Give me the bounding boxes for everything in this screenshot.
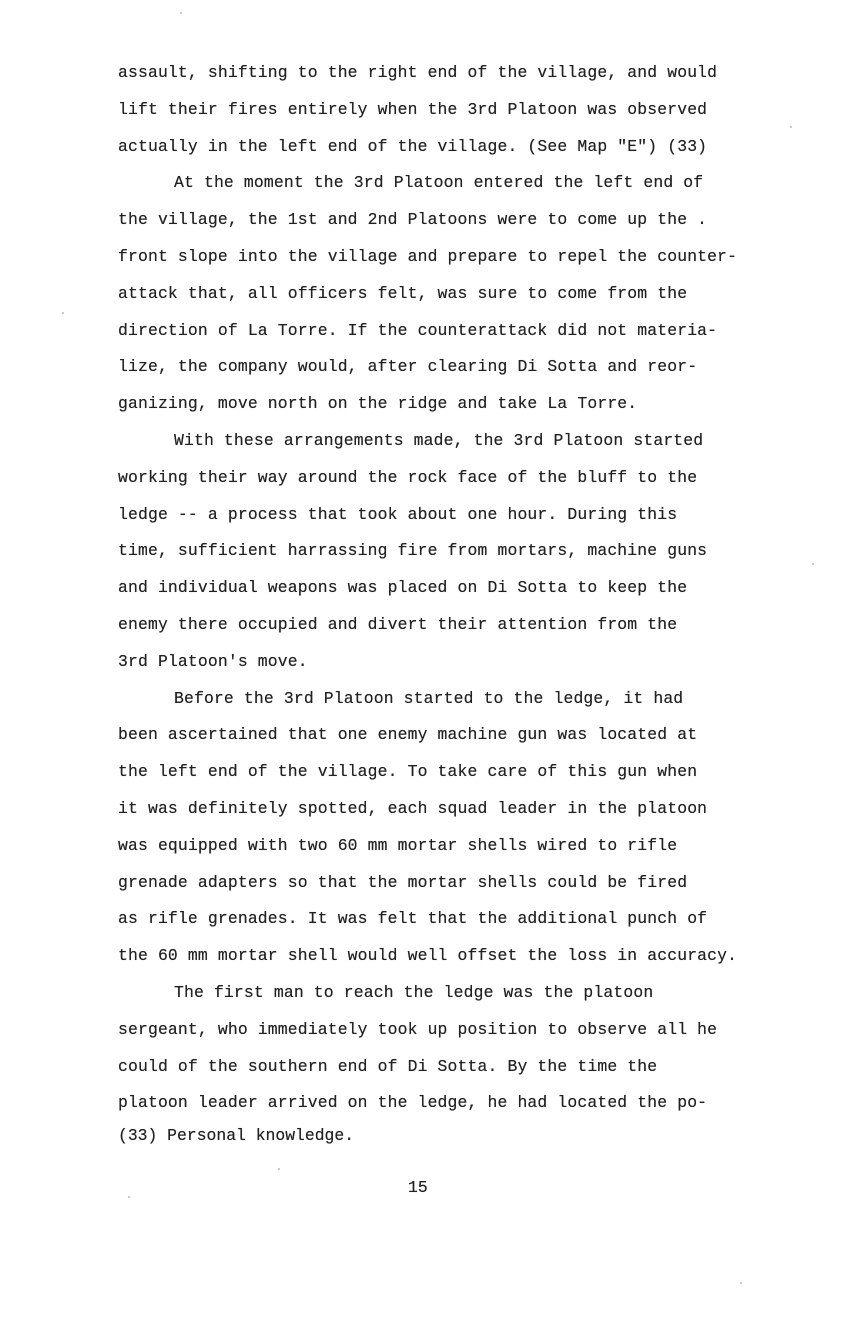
text-line: At the moment the 3rd Platoon entered th…	[118, 170, 838, 207]
text-line: been ascertained that one enemy machine …	[118, 722, 838, 759]
document-page: assault, shifting to the right end of th…	[0, 0, 850, 1329]
text-line: the left end of the village. To take car…	[118, 759, 838, 796]
body-text: assault, shifting to the right end of th…	[118, 60, 838, 1127]
text-line: Before the 3rd Platoon started to the le…	[118, 686, 838, 723]
text-line: ganizing, move north on the ridge and ta…	[118, 391, 838, 428]
page-number: 15	[408, 1175, 428, 1201]
text-line: as rifle grenades. It was felt that the …	[118, 906, 838, 943]
text-line: lize, the company would, after clearing …	[118, 354, 838, 391]
text-line: enemy there occupied and divert their at…	[118, 612, 838, 649]
text-line: sergeant, who immediately took up positi…	[118, 1017, 838, 1054]
text-line: actually in the left end of the village.…	[118, 134, 838, 171]
text-line: and individual weapons was placed on Di …	[118, 575, 838, 612]
text-line: could of the southern end of Di Sotta. B…	[118, 1054, 838, 1091]
text-line: direction of La Torre. If the counteratt…	[118, 318, 838, 355]
text-line: With these arrangements made, the 3rd Pl…	[118, 428, 838, 465]
scan-speck	[278, 1168, 280, 1170]
text-line: attack that, all officers felt, was sure…	[118, 281, 838, 318]
scan-speck	[180, 12, 182, 14]
text-line: 3rd Platoon's move.	[118, 649, 838, 686]
text-line: was equipped with two 60 mm mortar shell…	[118, 833, 838, 870]
text-line: platoon leader arrived on the ledge, he …	[118, 1090, 838, 1127]
text-line: time, sufficient harrassing fire from mo…	[118, 538, 838, 575]
text-line: working their way around the rock face o…	[118, 465, 838, 502]
scan-speck	[740, 1282, 742, 1284]
text-line: ledge -- a process that took about one h…	[118, 502, 838, 539]
scan-speck	[62, 312, 64, 314]
text-line: the 60 mm mortar shell would well offset…	[118, 943, 838, 980]
text-line: grenade adapters so that the mortar shel…	[118, 870, 838, 907]
text-line: The first man to reach the ledge was the…	[118, 980, 838, 1017]
text-line: lift their fires entirely when the 3rd P…	[118, 97, 838, 134]
text-line: it was definitely spotted, each squad le…	[118, 796, 838, 833]
scan-speck	[128, 1196, 130, 1198]
scan-speck	[812, 563, 814, 565]
scan-speck	[790, 126, 792, 128]
text-line: front slope into the village and prepare…	[118, 244, 838, 281]
text-line: the village, the 1st and 2nd Platoons we…	[118, 207, 838, 244]
text-line: assault, shifting to the right end of th…	[118, 60, 838, 97]
footnote: (33) Personal knowledge.	[118, 1123, 354, 1149]
